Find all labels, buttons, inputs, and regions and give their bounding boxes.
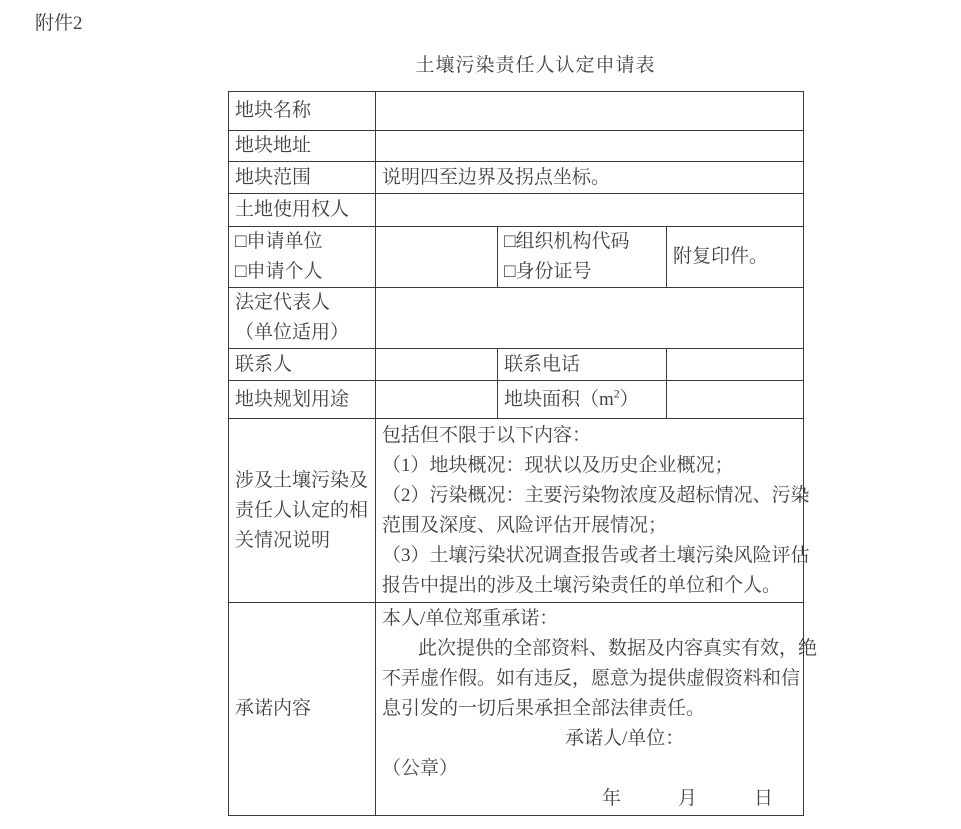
- applicant-type-cell: □申请单位 □申请个人: [229, 227, 376, 288]
- applicant-individual-option: □申请个人: [235, 257, 369, 287]
- parcel-name-value: [376, 92, 804, 131]
- table-row-situation: 涉及土壤污染及 责任人认定的相 关情况说明 包括但不限于以下内容： （1）地块概…: [229, 419, 804, 603]
- attachment-label: 附件2: [35, 12, 83, 36]
- situation-content-line: 报告中提出的涉及土壤污染责任的单位和个人。: [382, 571, 797, 601]
- commitment-date-line: 年月日: [382, 784, 797, 814]
- commitment-signer-label: 承诺人/单位：: [382, 724, 797, 754]
- table-row-commitment: 承诺内容 本人/单位郑重承诺： 此次提供的全部资料、数据及内容真实有效，绝 不弄…: [229, 603, 804, 816]
- situation-label: 涉及土壤污染及 责任人认定的相 关情况说明: [229, 419, 376, 603]
- contact-name-label: 联系人: [229, 349, 376, 381]
- table-row-planned-use: 地块规划用途 地块面积（m2）: [229, 381, 804, 419]
- contact-phone-label: 联系电话: [498, 349, 667, 381]
- date-month-label: 月: [678, 788, 697, 809]
- applicant-name-value: [376, 227, 498, 288]
- commitment-seal-label: （公章）: [382, 754, 797, 784]
- parcel-area-label: 地块面积（m2）: [498, 381, 667, 419]
- situation-content-line: 范围及深度、风险评估开展情况；: [382, 511, 797, 541]
- parcel-area-value: [667, 381, 804, 419]
- parcel-area-label-text: 地块面积（m2）: [504, 389, 639, 410]
- org-code-label: 组织机构代码: [515, 231, 629, 252]
- parcel-address-label: 地块地址: [229, 131, 376, 162]
- commitment-intro: 本人/单位郑重承诺：: [382, 604, 797, 634]
- commitment-label: 承诺内容: [229, 603, 376, 816]
- parcel-address-value: [376, 131, 804, 162]
- situation-content-line: （2）污染概况：主要污染物浓度及超标情况、污染: [382, 481, 797, 511]
- situation-content: 包括但不限于以下内容： （1）地块概况：现状以及历史企业概况； （2）污染概况：…: [376, 419, 804, 603]
- applicant-unit-option: □申请单位: [235, 227, 369, 257]
- table-row-land-use-right-holder: 土地使用权人: [229, 194, 804, 227]
- application-form-table: 地块名称 地块地址 地块范围 说明四至边界及拐点坐标。 土地使用权人 □申请单位…: [228, 91, 804, 816]
- attachment-note: 附复印件。: [667, 227, 804, 288]
- date-day-label: 日: [754, 788, 773, 809]
- table-row-parcel-scope: 地块范围 说明四至边界及拐点坐标。: [229, 162, 804, 194]
- parcel-scope-label: 地块范围: [229, 162, 376, 194]
- commitment-content: 本人/单位郑重承诺： 此次提供的全部资料、数据及内容真实有效，绝 不弄虚作假。如…: [376, 603, 804, 816]
- table-row-applicant: □申请单位 □申请个人 □组织机构代码 □身份证号 附复印件。: [229, 227, 804, 288]
- id-number-label: 身份证号: [515, 261, 591, 282]
- land-use-right-holder-value: [376, 194, 804, 227]
- checkbox-unchecked-icon: □: [504, 261, 515, 282]
- planned-use-label: 地块规划用途: [229, 381, 376, 419]
- land-use-right-holder-label: 土地使用权人: [229, 194, 376, 227]
- commitment-body-line: 不弄虚作假。如有违反，愿意为提供虚假资料和信: [382, 664, 797, 694]
- commitment-body-line: 息引发的一切后果承担全部法律责任。: [382, 694, 797, 724]
- page-title: 土壤污染责任人认定申请表: [248, 53, 823, 79]
- situation-content-line: （3）土壤污染状况调查报告或者土壤污染风险评估: [382, 541, 797, 571]
- contact-phone-value: [667, 349, 804, 381]
- table-row-legal-representative: 法定代表人 （单位适用）: [229, 288, 804, 349]
- applicant-unit-label: 申请单位: [246, 231, 322, 252]
- checkbox-unchecked-icon: □: [504, 231, 515, 252]
- org-code-option: □组织机构代码: [504, 227, 660, 257]
- checkbox-unchecked-icon: □: [235, 231, 246, 252]
- legal-representative-label-line2: （单位适用）: [235, 318, 369, 348]
- checkbox-unchecked-icon: □: [235, 261, 246, 282]
- situation-label-line: 责任人认定的相: [235, 496, 369, 526]
- situation-content-line: （1）地块概况：现状以及历史企业概况；: [382, 451, 797, 481]
- situation-content-line: 包括但不限于以下内容：: [382, 421, 797, 451]
- applicant-id-type-cell: □组织机构代码 □身份证号: [498, 227, 667, 288]
- id-number-option: □身份证号: [504, 257, 660, 287]
- applicant-individual-label: 申请个人: [246, 261, 322, 282]
- legal-representative-value: [376, 288, 804, 349]
- table-row-parcel-name: 地块名称: [229, 92, 804, 131]
- table-row-contact: 联系人 联系电话: [229, 349, 804, 381]
- planned-use-value: [376, 381, 498, 419]
- table-row-parcel-address: 地块地址: [229, 131, 804, 162]
- parcel-name-label: 地块名称: [229, 92, 376, 131]
- situation-label-line: 涉及土壤污染及: [235, 466, 369, 496]
- parcel-scope-value: 说明四至边界及拐点坐标。: [376, 162, 804, 194]
- legal-representative-label-line1: 法定代表人: [235, 288, 369, 318]
- date-year-label: 年: [602, 788, 621, 809]
- legal-representative-label: 法定代表人 （单位适用）: [229, 288, 376, 349]
- contact-name-value: [376, 349, 498, 381]
- commitment-body-line: 此次提供的全部资料、数据及内容真实有效，绝: [382, 634, 797, 664]
- situation-label-line: 关情况说明: [235, 526, 369, 556]
